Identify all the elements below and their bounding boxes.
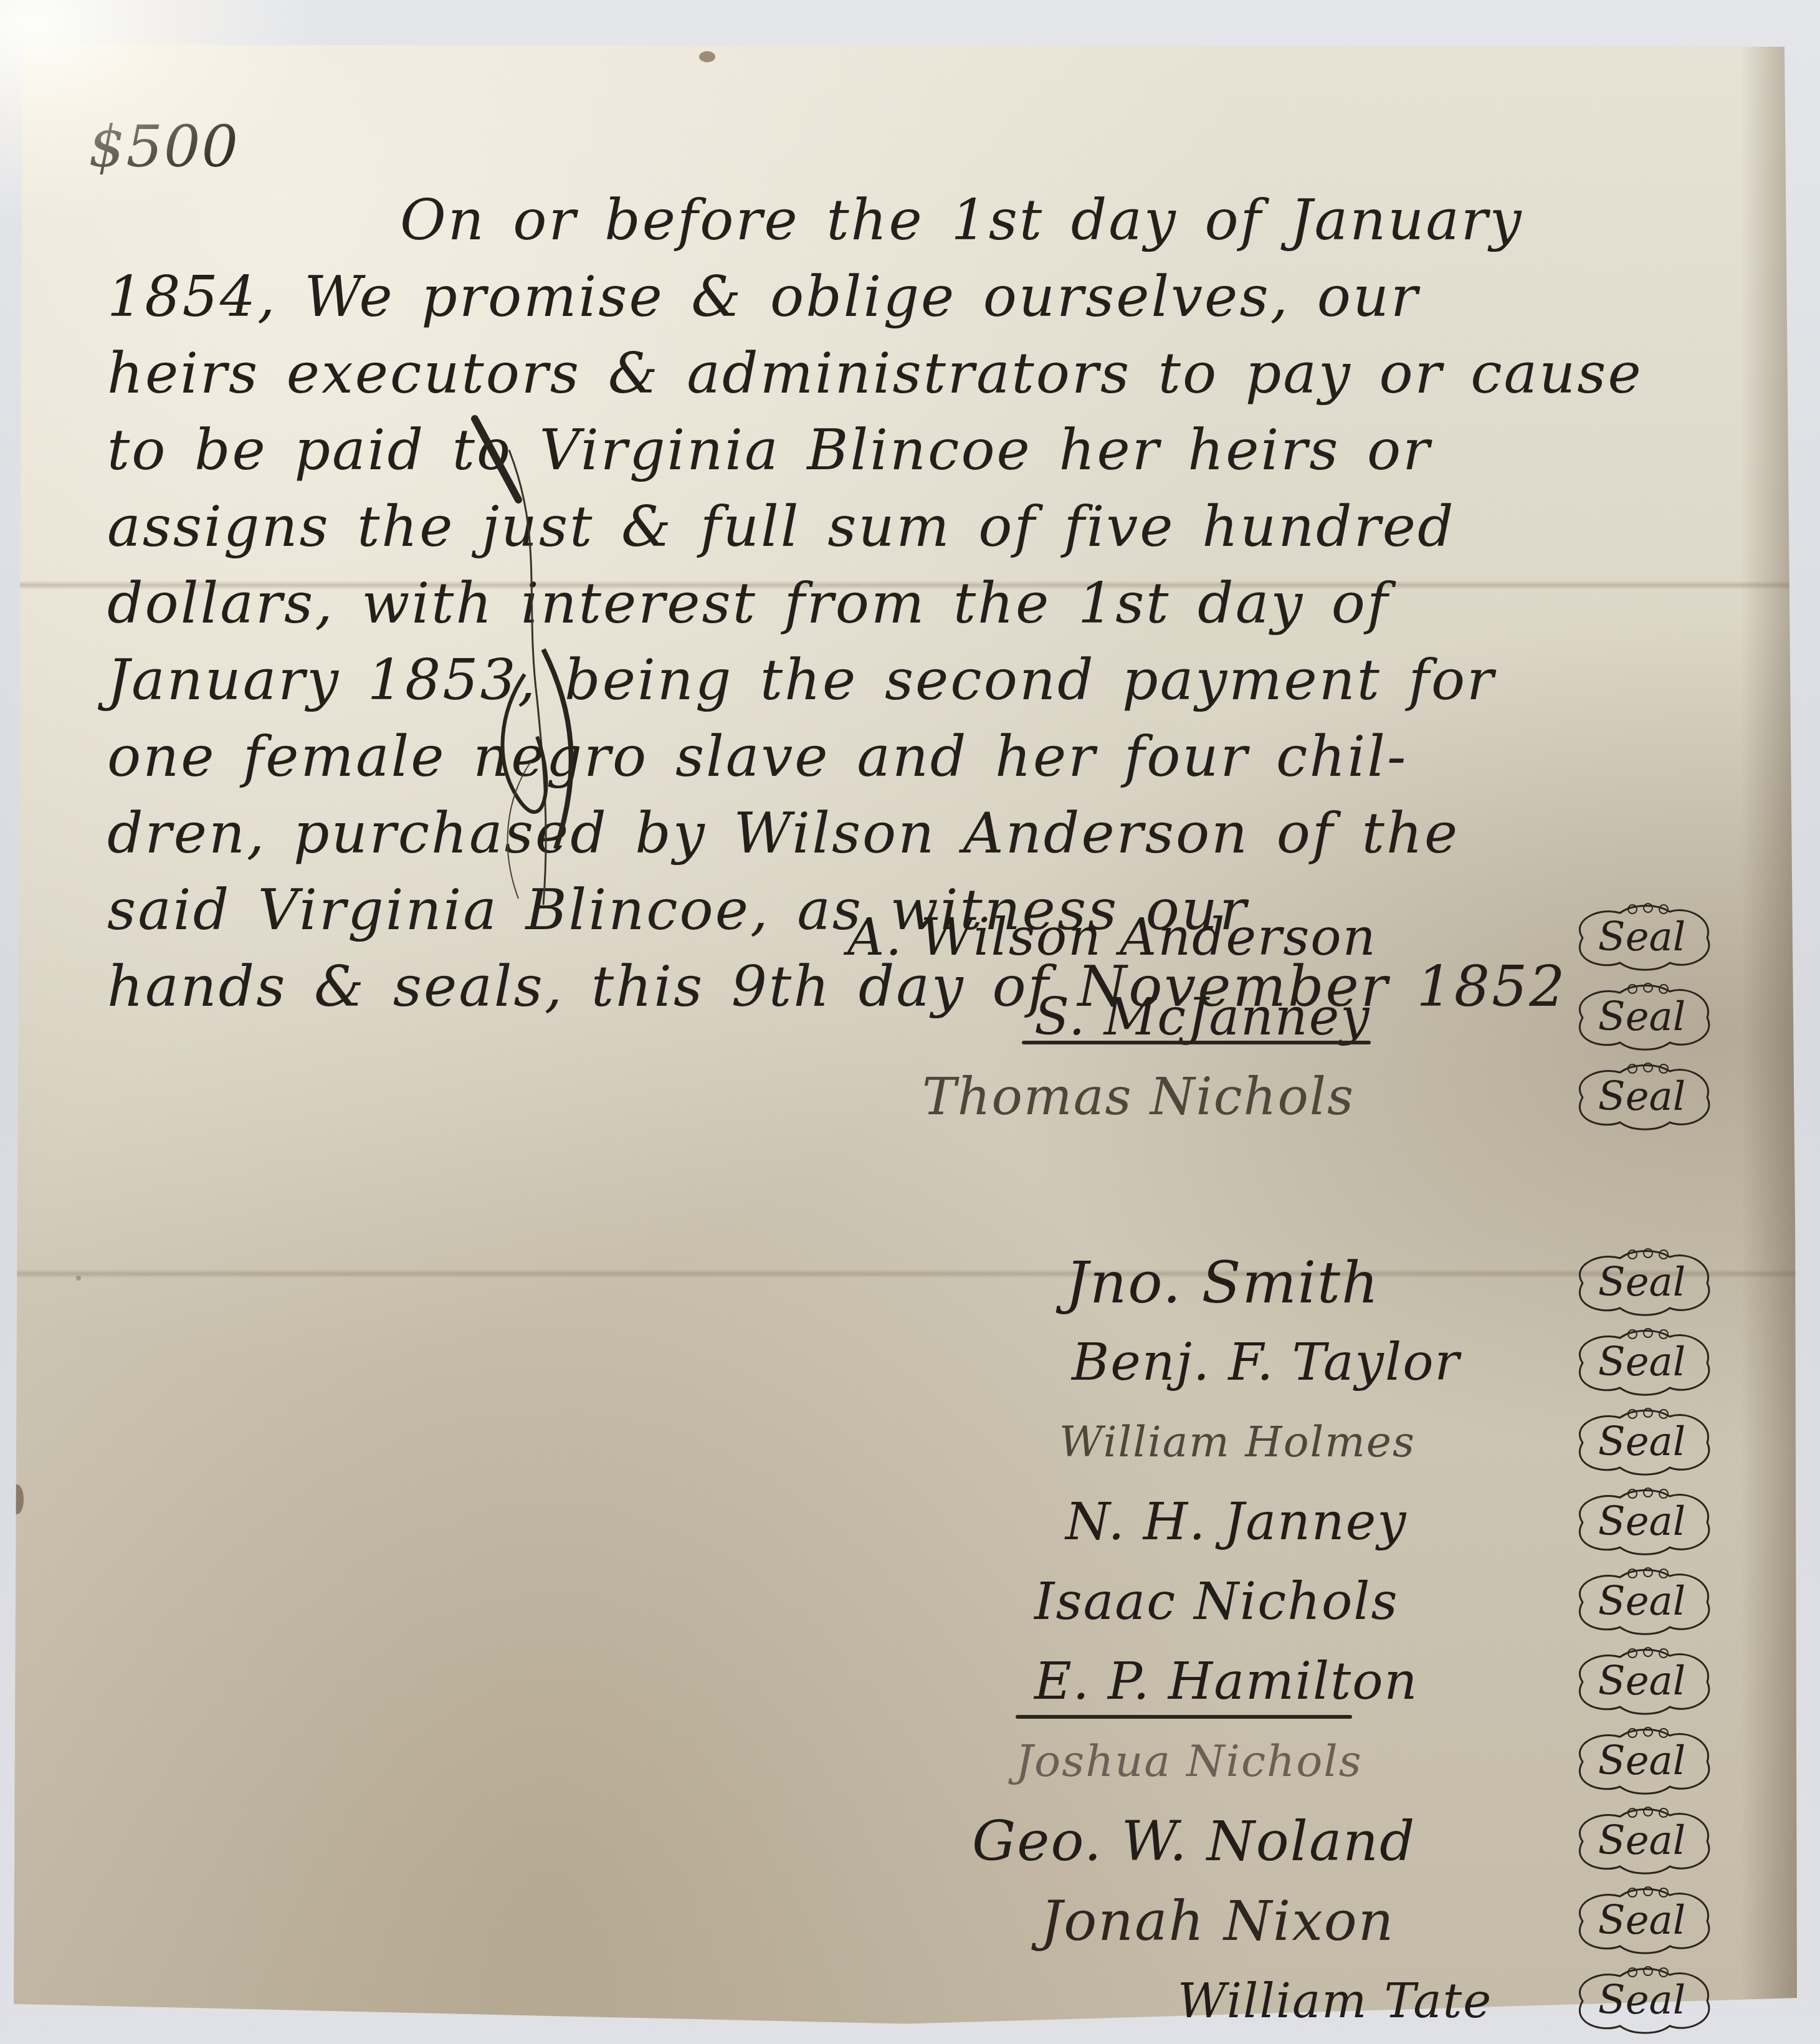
seal-mark: Seal — [1564, 1964, 1720, 2037]
signature-row: Isaac Nichols Seal — [810, 1562, 1745, 1641]
body-line: dollars, with interest from the 1st day … — [107, 565, 1740, 642]
signature-name: S. McJanney — [1034, 988, 1371, 1047]
seal-label: Seal — [1598, 1419, 1685, 1465]
seal-mark: Seal — [1564, 1804, 1720, 1878]
seal-label: Seal — [1598, 994, 1685, 1040]
signature-name: Thomas Nichols — [922, 1067, 1355, 1127]
signature-name: N. H. Janney — [1065, 1492, 1408, 1552]
body-line: to be paid to Virginia Blincoe her heirs… — [107, 412, 1740, 489]
seal-mark: Seal — [1564, 1485, 1720, 1559]
seal-label: Seal — [1598, 1898, 1685, 1944]
seal-label: Seal — [1598, 1818, 1685, 1864]
stain-spot — [76, 1276, 81, 1281]
signature-name: E. P. Hamilton — [1034, 1652, 1418, 1711]
signature-row: William Holmes Seal — [810, 1402, 1745, 1482]
signature-row: Jno. Smith Seal — [810, 1243, 1745, 1322]
signature-row: N. H. Janney Seal — [810, 1482, 1745, 1562]
signature-row: A. Wilson Anderson Seal — [810, 897, 1745, 977]
seal-mark: Seal — [1564, 1724, 1720, 1798]
signature-row: Joshua Nichols Seal — [810, 1721, 1745, 1801]
body-line: On or before the 1st day of January — [107, 182, 1740, 259]
signature-name: Isaac Nichols — [1034, 1572, 1399, 1631]
signature-name: Benj. F. Taylor — [1072, 1333, 1460, 1392]
ink-mark — [699, 51, 715, 62]
body-line: heirs executors & administrators to pay … — [107, 335, 1740, 412]
seal-mark: Seal — [1564, 900, 1720, 974]
signature-row: Jonah Nixon Seal — [810, 1881, 1745, 1960]
spacer — [810, 1137, 1745, 1243]
seal-mark: Seal — [1564, 1884, 1720, 1957]
body-line: one female negro slave and her four chil… — [107, 719, 1740, 795]
seal-label: Seal — [1598, 1339, 1685, 1385]
seal-label: Seal — [1598, 914, 1685, 960]
signature-row: Geo. W. Noland Seal — [810, 1801, 1745, 1881]
seal-label: Seal — [1598, 1074, 1685, 1120]
signature-row: Thomas Nichols Seal — [810, 1057, 1745, 1137]
seal-mark: Seal — [1564, 1325, 1720, 1399]
body-line: assigns the just & full sum of five hund… — [107, 489, 1740, 565]
seal-mark: Seal — [1564, 1405, 1720, 1479]
seal-mark: Seal — [1564, 1565, 1720, 1638]
signature-row: Benj. F. Taylor Seal — [810, 1322, 1745, 1402]
signature-name: William Tate — [1178, 1973, 1492, 2028]
signature-underline — [1022, 1041, 1371, 1044]
seal-mark: Seal — [1564, 1645, 1720, 1718]
body-line: January 1853, being the second payment f… — [107, 642, 1740, 719]
seal-label: Seal — [1598, 1259, 1685, 1306]
seal-label: Seal — [1598, 1658, 1685, 1704]
signature-row: William Tate Seal — [810, 1960, 1745, 2040]
signature-row: S. McJanney Seal — [810, 977, 1745, 1057]
signature-name: Jno. Smith — [1065, 1249, 1379, 1316]
signature-name: A. Wilson Anderson — [847, 908, 1376, 967]
body-line: 1854, We promise & oblige ourselves, our — [107, 259, 1740, 335]
signature-row: E. P. Hamilton Seal — [810, 1641, 1745, 1721]
page-edge-shadow — [1741, 39, 1797, 2028]
signature-underline — [1016, 1715, 1352, 1719]
seal-mark: Seal — [1564, 1246, 1720, 1319]
seal-label: Seal — [1598, 1499, 1685, 1545]
seal-label: Seal — [1598, 1738, 1685, 1784]
seal-label: Seal — [1598, 1578, 1685, 1625]
body-line: dren, purchased by Wilson Anderson of th… — [107, 795, 1740, 872]
signature-name: William Holmes — [1059, 1418, 1416, 1467]
signature-name: Joshua Nichols — [1016, 1736, 1363, 1787]
signature-name: Jonah Nixon — [1041, 1889, 1394, 1953]
signature-name: Geo. W. Noland — [972, 1809, 1416, 1873]
amount-heading: $500 — [88, 113, 239, 180]
signature-block: A. Wilson Anderson Seal S. McJanney Seal… — [810, 897, 1745, 2040]
stain-spot — [10, 1484, 24, 1514]
seal-mark: Seal — [1564, 980, 1720, 1054]
seal-label: Seal — [1598, 1977, 1685, 2023]
seal-mark: Seal — [1564, 1060, 1720, 1134]
